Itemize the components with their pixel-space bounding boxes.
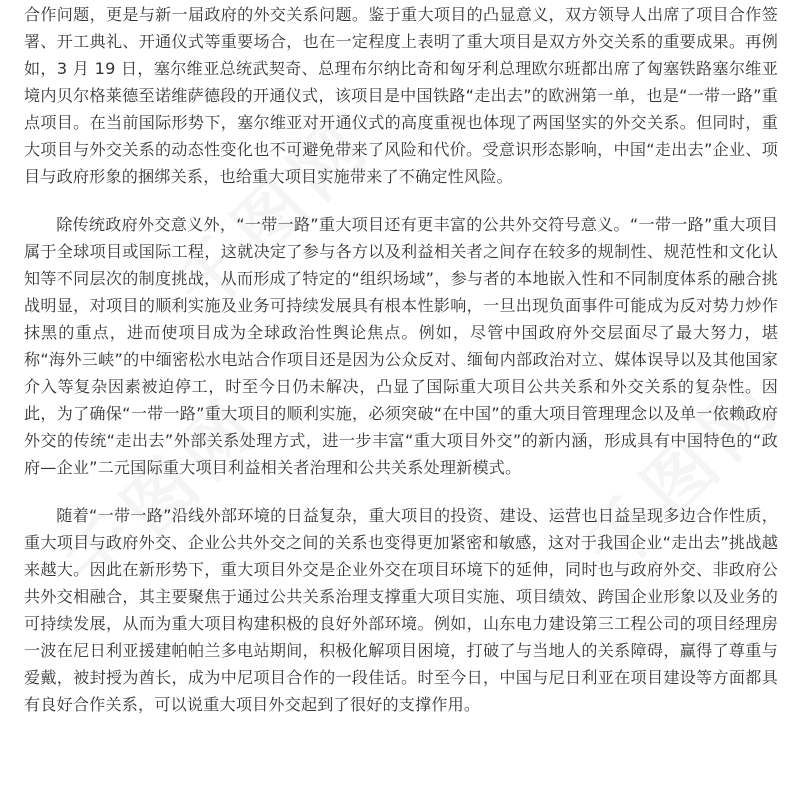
document-body: 合作问题，更是与新一届政府的外交关系问题。鉴于重大项目的凸显意义，双方领导人出席… <box>24 0 778 718</box>
paragraph-continuation: 合作问题，更是与新一届政府的外交关系问题。鉴于重大项目的凸显意义，双方领导人出席… <box>24 1 778 190</box>
paragraph-project-diplomacy: 随着“一带一路”沿线外部环境的日益复杂，重大项目的投资、建设、运营也日益呈现多边… <box>24 502 778 718</box>
paragraph-public-diplomacy: 除传统政府外交意义外，“一带一路”重大项目还有更丰富的公共外交符号意义。“一带一… <box>24 211 778 481</box>
